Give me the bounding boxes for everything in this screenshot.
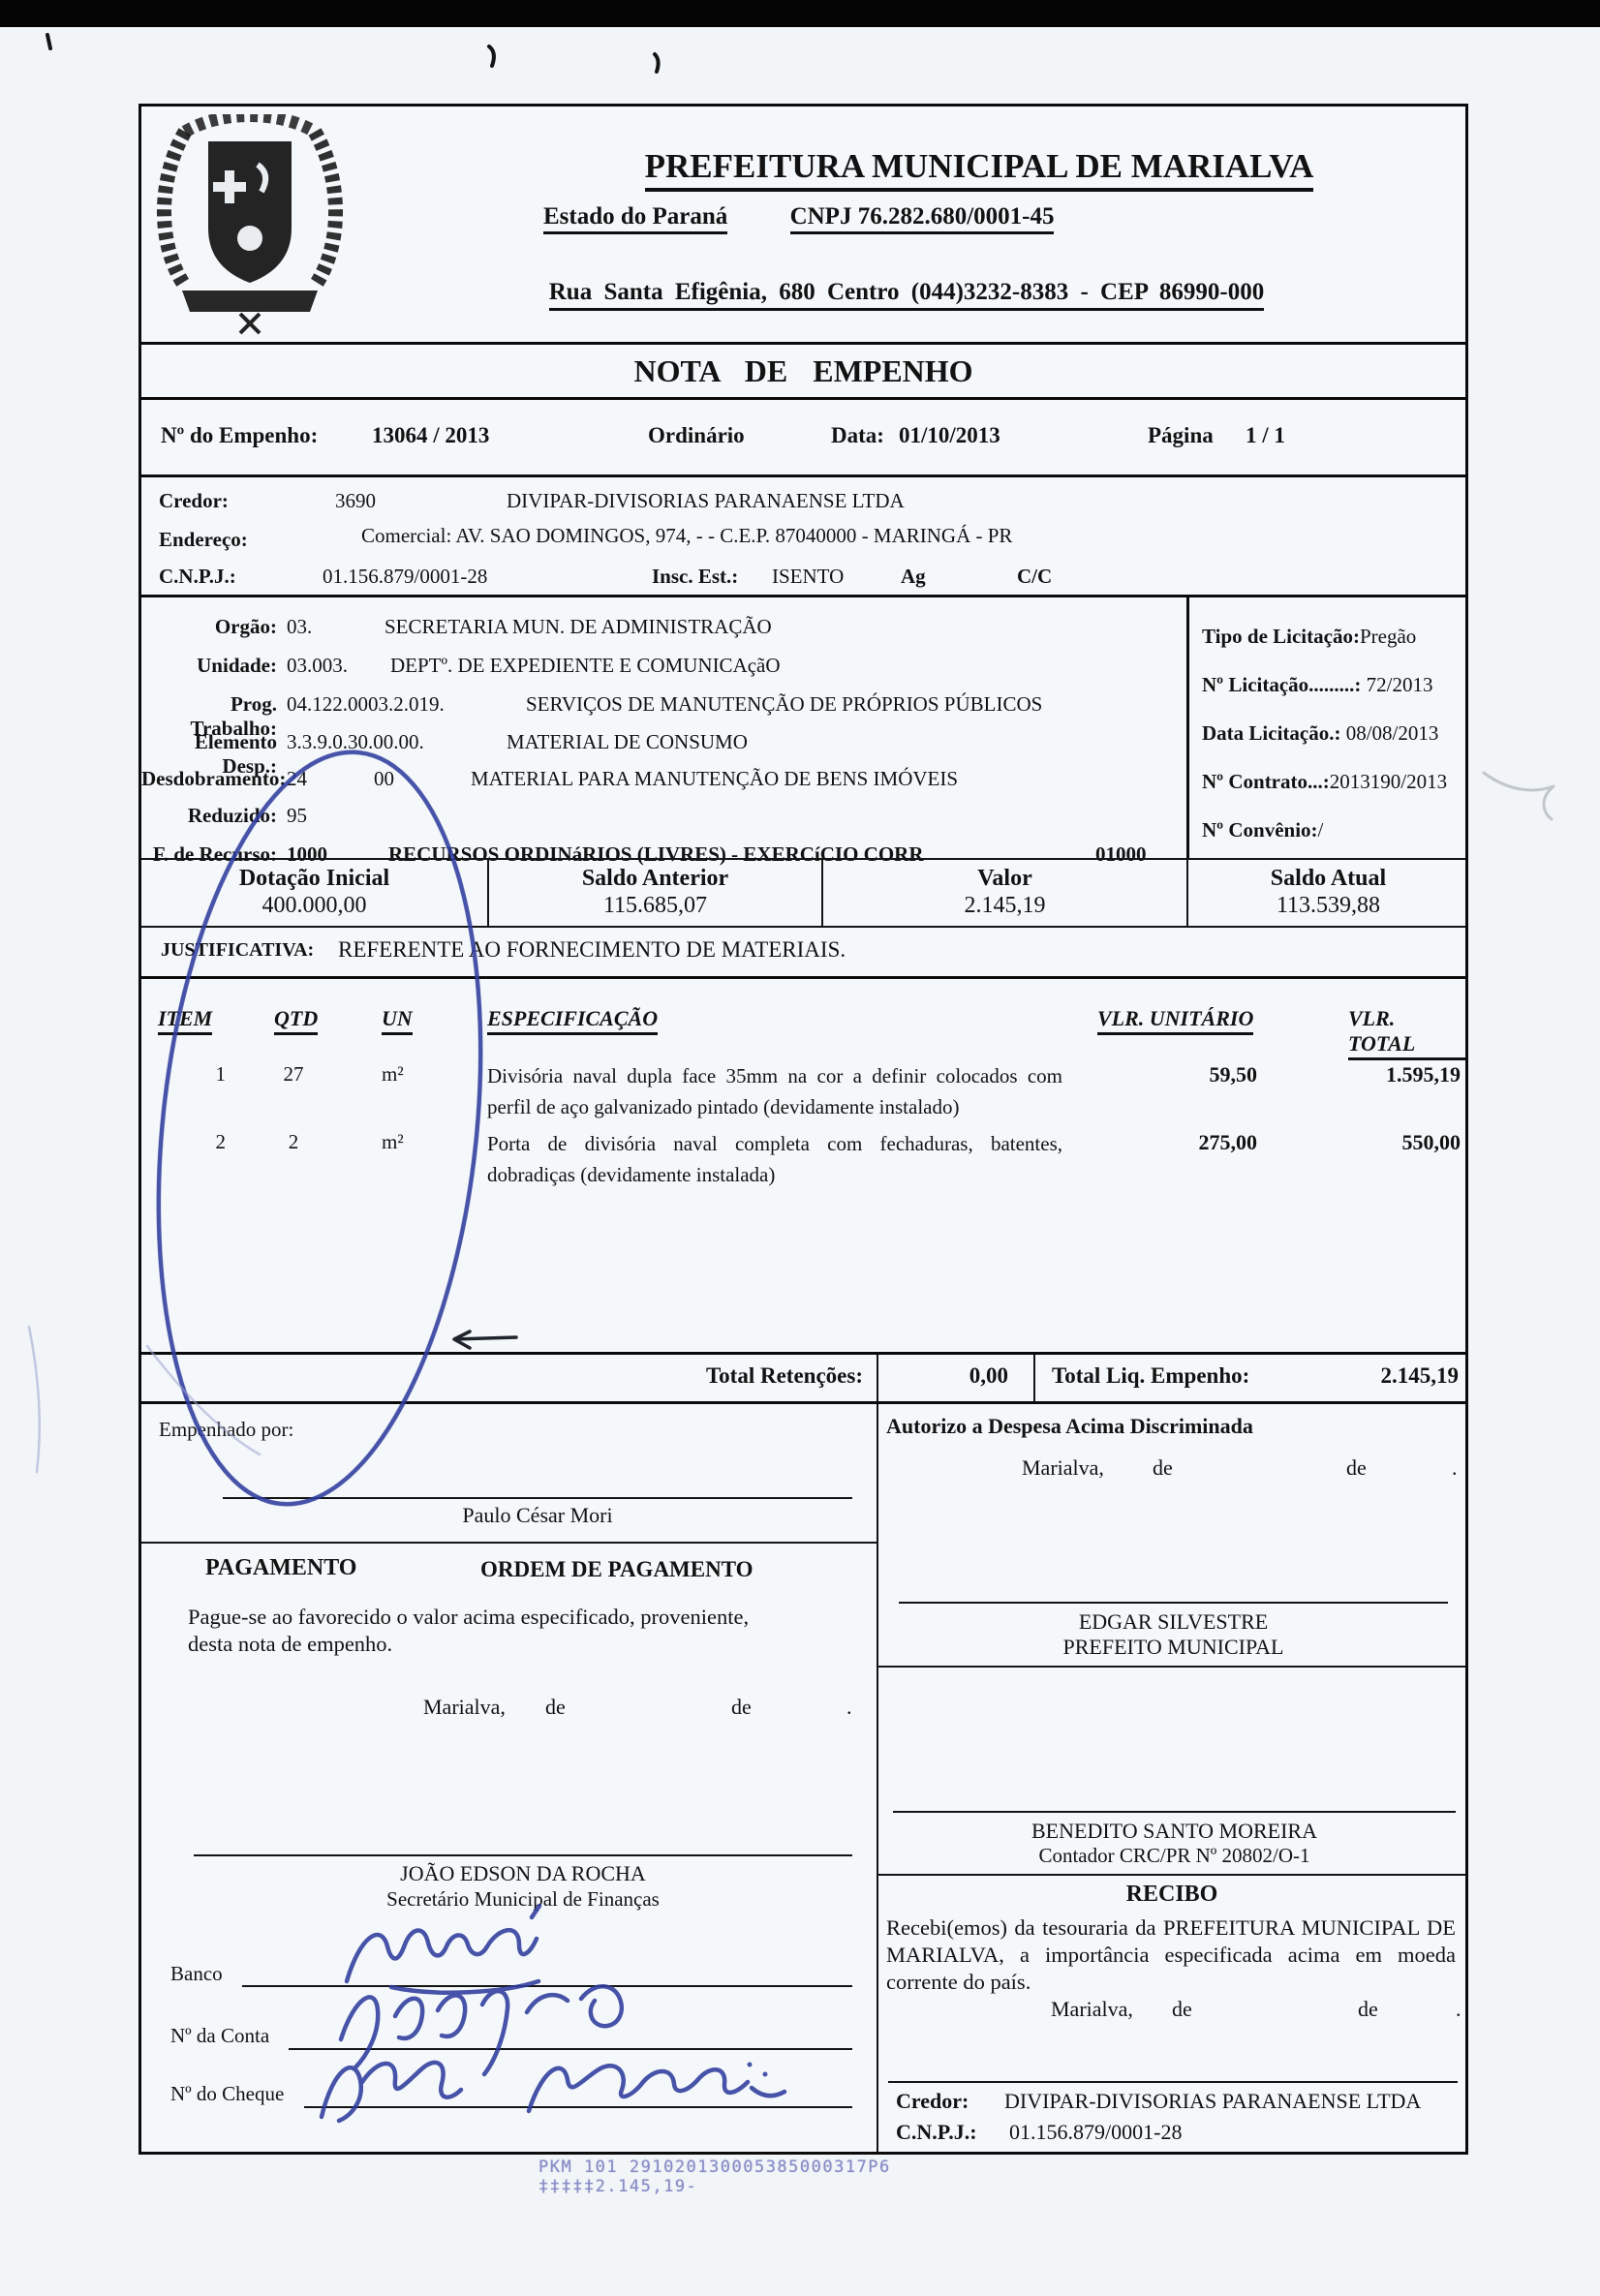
dateline-de: de (1346, 1455, 1367, 1481)
recibo-box: RECIBO Recebi(emos) da tesouraria da PRE… (878, 1874, 1465, 2152)
recibo-texto: Recebi(emos) da tesouraria da PREFEITURA… (886, 1914, 1456, 1996)
contador-cargo: Contador CRC/PR Nº 20802/O-1 (893, 1844, 1456, 1868)
dateline-de: de (1153, 1455, 1173, 1481)
credor-label: Credor: (159, 489, 229, 513)
item-total-price: 550,00 (1325, 1130, 1461, 1155)
empenho-number-row: Nº do Empenho: 13064 / 2013 Ordinário Da… (141, 397, 1465, 475)
credor-section: Credor: 3690 DIVIPAR-DIVISORIAS PARANAEN… (141, 475, 1465, 595)
valor-cell: Valor 2.145,19 (821, 860, 1186, 926)
item-total-price: 1.595,19 (1325, 1062, 1461, 1087)
dateline-de: de (1172, 1997, 1192, 2022)
dateline-cidade: Marialva, (1051, 1997, 1133, 2022)
scan-mark (655, 54, 659, 72)
endereco-label: Endereço: (159, 528, 248, 552)
empenho-date-label: Data: (831, 423, 884, 448)
row-desdobramento: Desdobramento: 24 00 MATERIAL PARA MANUT… (141, 767, 1184, 800)
scan-artifact-top-bar (0, 0, 1600, 27)
num-convenio: Nº Convênio:/ (1202, 818, 1323, 842)
justificativa-text: REFERENTE AO FORNECIMENTO DE MATERIAIS. (338, 937, 846, 963)
num-licitacao: Nº Licitação.........: 72/2013 (1202, 673, 1433, 697)
banco-label: Banco (170, 1962, 223, 1986)
form-header: PREFEITURA MUNICIPAL DE MARIALVA Estado … (141, 107, 1465, 342)
item-unit: m² (382, 1062, 404, 1087)
recibo-label: RECIBO (878, 1882, 1465, 1908)
document-title-bar: NOTA DE EMPENHO (141, 342, 1465, 397)
cnpj-value: 01.156.879/0001-28 (323, 565, 487, 589)
conta-label: Nº da Conta (170, 2024, 269, 2048)
item-qty: 27 (264, 1062, 323, 1087)
item-unit-price: 59,50 (1122, 1062, 1257, 1087)
row-elemento: Elemento Desp.: 3.3.9.0.30.00.00. MATERI… (141, 730, 1184, 763)
data-licitacao: Data Licitação.: 08/08/2013 (1202, 721, 1438, 746)
justificativa-label: JUSTIFICATIVA: (161, 939, 314, 962)
col-qtd: QTD (274, 1006, 318, 1035)
credor-code: 3690 (335, 489, 376, 513)
empenho-label: Nº do Empenho: (161, 423, 318, 448)
org-cnpj: CNPJ 76.282.680/0001-45 (790, 203, 1055, 234)
prefeito-nome: EDGAR SILVESTRE (899, 1609, 1448, 1635)
row-prog-trabalho: Prog. Trabalho: 04.122.0003.2.019. SERVI… (141, 692, 1184, 725)
col-vlr-unitario: VLR. UNITÁRIO (1097, 1006, 1253, 1035)
cheque-line (304, 2106, 852, 2108)
signature-line (893, 1811, 1456, 1813)
recibo-cnpj: 01.156.879/0001-28 (1009, 2120, 1182, 2145)
faint-ink-stroke (29, 1327, 40, 1472)
empenho-date: 01/10/2013 (899, 423, 1000, 448)
recibo-credor-label: Credor: (896, 2089, 969, 2114)
empenhado-box: Empenhado por: Paulo César Mori (141, 1404, 877, 1544)
classificacao-section: Orgão: 03. SECRETARIA MUN. DE ADMINISTRA… (141, 595, 1465, 858)
banco-line (242, 1985, 852, 1987)
state-label: Estado do Paraná (543, 203, 727, 234)
dateline-de: de (545, 1695, 566, 1720)
licitacao-column: Tipo de Licitação:Pregão Nº Licitação...… (1186, 597, 1468, 858)
divider (1033, 1355, 1035, 1401)
row-orgao: Orgão: 03. SECRETARIA MUN. DE ADMINISTRA… (141, 615, 1184, 648)
secretario-nome: JOÃO EDSON DA ROCHA (194, 1861, 852, 1886)
col-item: ITEM (158, 1006, 212, 1035)
pagamento-box: PAGAMENTO ORDEM DE PAGAMENTO Pague-se ao… (141, 1542, 877, 2152)
right-column: Autorizo a Despesa Acima Discriminada Ma… (878, 1404, 1465, 2152)
col-especificacao: ESPECIFICAÇÃO (487, 1006, 658, 1035)
credor-name: DIVIPAR-DIVISORIAS PARANAENSE LTDA (507, 489, 905, 513)
empenhado-nome: Paulo César Mori (223, 1503, 852, 1528)
municipal-coat-of-arms-logo (153, 114, 347, 335)
scan-mark (489, 46, 494, 66)
col-vlr-total: VLR. TOTAL (1348, 1006, 1465, 1060)
row-unidade: Unidade: 03.003. DEPTº. DE EXPEDIENTE E … (141, 654, 1184, 687)
recibo-credor-nome: DIVIPAR-DIVISORIAS PARANAENSE LTDA (1004, 2089, 1421, 2114)
dateline-cidade: Marialva, (1022, 1455, 1104, 1481)
empenho-number: 13064 / 2013 (372, 423, 489, 448)
signature-line (888, 2081, 1458, 2083)
cheque-label: Nº do Cheque (170, 2082, 284, 2106)
document-title: NOTA DE EMPENHO (141, 345, 1465, 389)
secretario-cargo: Secretário Municipal de Finanças (194, 1887, 852, 1912)
saldos-row: Dotação Inicial 400.000,00 Saldo Anterio… (141, 858, 1465, 926)
justificativa-row: JUSTIFICATIVA: REFERENTE AO FORNECIMENTO… (141, 926, 1465, 976)
item-number: 1 (158, 1062, 226, 1087)
item-spec: Divisória naval dupla face 35mm na cor a… (487, 1060, 1062, 1122)
total-retencoes-label: Total Retenções: (568, 1363, 863, 1389)
pagamento-label: PAGAMENTO (205, 1555, 356, 1581)
item-number: 2 (158, 1130, 226, 1154)
dateline-cidade: Marialva, (423, 1695, 506, 1720)
page-number: 1 / 1 (1246, 423, 1285, 448)
col-un: UN (382, 1006, 413, 1035)
item-unit-price: 275,00 (1122, 1130, 1257, 1155)
dateline-de: de (1358, 1997, 1378, 2022)
item-qty: 2 (264, 1130, 323, 1154)
dot-matrix-print-line: PKM 101 291020130005385000317P6 ‡‡‡‡‡2.1… (538, 2158, 1042, 2196)
contador-nome: BENEDITO SANTO MOREIRA (893, 1819, 1456, 1844)
row-reduzido: Reduzido: 95 (141, 804, 1184, 837)
conta-line (289, 2048, 852, 2050)
insc-value: ISENTO (772, 565, 844, 589)
empenhado-label: Empenhado por: (159, 1418, 293, 1442)
dateline-dot: . (1452, 1455, 1458, 1481)
ag-label: Ag (901, 565, 926, 589)
dotacao-inicial-cell: Dotação Inicial 400.000,00 (141, 860, 487, 926)
org-subtitle-row: Estado do Paraná CNPJ 76.282.680/0001-45 (500, 203, 1459, 230)
dateline-dot: . (1456, 1997, 1462, 2022)
recibo-cnpj-label: C.N.P.J.: (896, 2120, 977, 2145)
page-label: Página (1148, 423, 1214, 448)
item-spec: Porta de divisória naval completa com fe… (487, 1128, 1062, 1190)
cnpj-label: C.N.P.J.: (159, 565, 236, 589)
endereco-value: Comercial: AV. SAO DOMINGOS, 974, - - C.… (361, 524, 1012, 548)
item-unit: m² (382, 1130, 404, 1154)
dateline-de: de (731, 1695, 752, 1720)
scanned-document-page: { "header": { "title": "PREFEITURA MUNIC… (0, 0, 1600, 2296)
autorizo-label: Autorizo a Despesa Acima Discriminada (886, 1414, 1253, 1439)
saldo-atual-cell: Saldo Atual 113.539,88 (1186, 860, 1468, 926)
totais-row: Total Retenções: 0,00 Total Liq. Empenho… (141, 1352, 1465, 1401)
scan-mark (47, 35, 50, 48)
signature-line (899, 1602, 1448, 1604)
signatures-block: Empenhado por: Paulo César Mori PAGAMENT… (141, 1401, 1465, 2152)
dateline-dot: . (846, 1695, 852, 1720)
num-contrato: Nº Contrato...:2013190/2013 (1202, 770, 1447, 794)
total-retencoes-value: 0,00 (878, 1363, 1008, 1389)
total-liq-label: Total Liq. Empenho: (1052, 1363, 1249, 1389)
autorizo-box: Autorizo a Despesa Acima Discriminada Ma… (878, 1404, 1465, 1668)
prefeito-cargo: PREFEITO MUNICIPAL (899, 1635, 1448, 1660)
org-title: PREFEITURA MUNICIPAL DE MARIALVA (500, 147, 1459, 186)
insc-label: Insc. Est.: (652, 565, 738, 589)
signature-line (194, 1854, 852, 1856)
saldo-anterior-cell: Saldo Anterior 115.685,07 (487, 860, 821, 926)
left-column: Empenhado por: Paulo César Mori PAGAMENT… (141, 1404, 878, 2152)
ordem-pagamento-label: ORDEM DE PAGAMENTO (480, 1557, 754, 1582)
signature-line (223, 1497, 852, 1499)
pencil-squiggle (1484, 773, 1554, 819)
contador-box: BENEDITO SANTO MOREIRA Contador CRC/PR N… (878, 1666, 1465, 1876)
cc-label: C/C (1017, 565, 1052, 589)
pagamento-texto: Pague-se ao favorecido o valor acima esp… (188, 1604, 793, 1658)
total-liq-value: 2.145,19 (1313, 1363, 1459, 1389)
nota-de-empenho-form: PREFEITURA MUNICIPAL DE MARIALVA Estado … (138, 104, 1468, 2155)
tipo-licitacao: Tipo de Licitação:Pregão (1202, 625, 1416, 649)
org-address: Rua Santa Efigênia, 680 Centro (044)3232… (350, 279, 1463, 306)
itens-table: ITEM QTD UN ESPECIFICAÇÃO VLR. UNITÁRIO … (141, 976, 1465, 1352)
empenho-type: Ordinário (648, 423, 745, 448)
